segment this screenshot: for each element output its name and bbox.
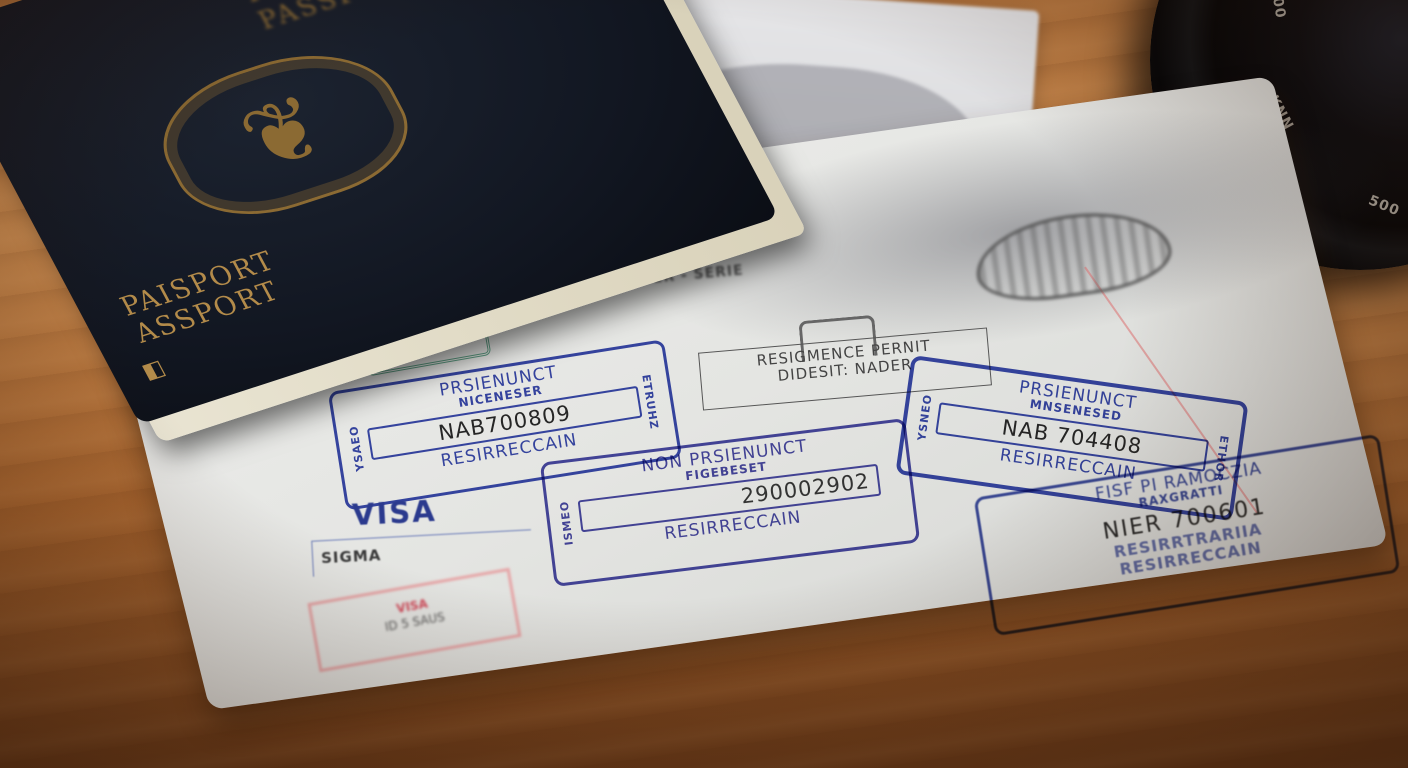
visa-label: VISA [351, 494, 437, 532]
biometric-chip-icon: ◧ [138, 356, 170, 385]
passport-title: PASSPORT PASSPORT [239, 0, 428, 36]
passport-label: PAISPORT ASSPORT [116, 247, 295, 350]
lens-marking: 00 [1269, 0, 1288, 20]
coat-of-arms-icon: ❦ [137, 32, 431, 236]
